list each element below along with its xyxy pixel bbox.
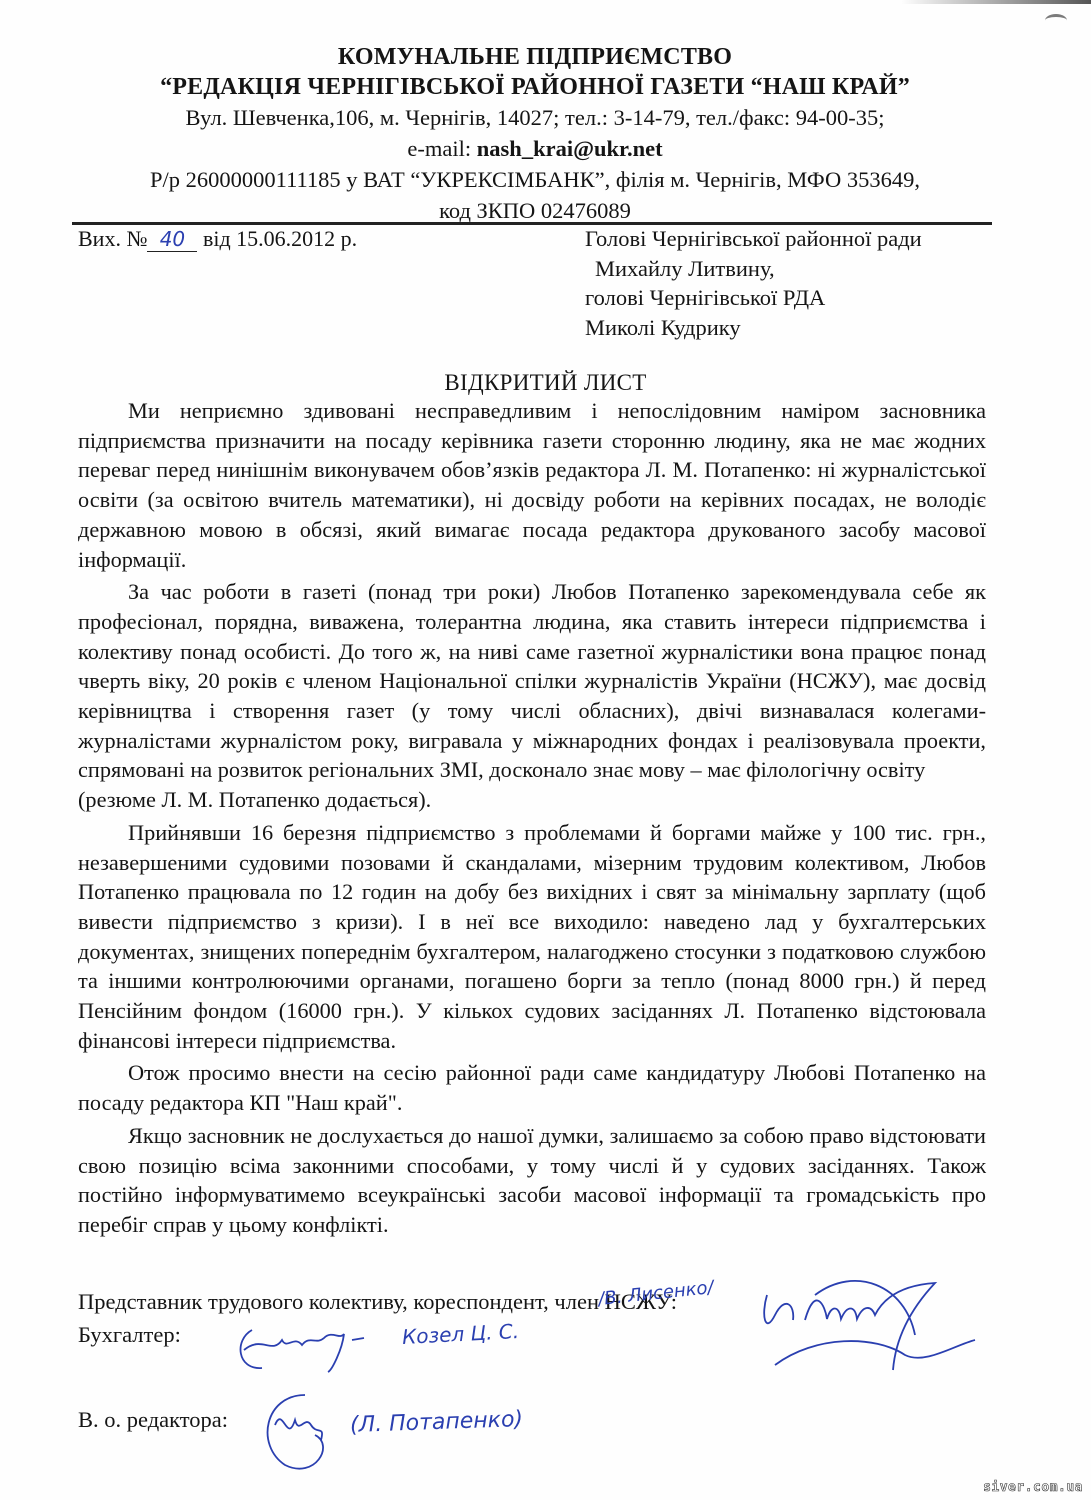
- letterhead: КОМУНАЛЬНЕ ПІДПРИЄМСТВО “РЕДАКЦІЯ ЧЕРНІГ…: [70, 42, 1000, 226]
- letterhead-email-label: e-mail:: [407, 136, 476, 161]
- scanned-letter-page: КОМУНАЛЬНЕ ПІДПРИЄМСТВО “РЕДАКЦІЯ ЧЕРНІГ…: [0, 0, 1091, 1500]
- paragraph: Якщо засновник не дослухається до нашої …: [78, 1121, 986, 1240]
- paragraph: Прийнявши 16 березня підприємство з проб…: [78, 818, 986, 1056]
- site-watermark: siver.com.ua: [983, 1480, 1083, 1495]
- letterhead-bank: Р/р 26000000111185 у ВАТ “УКРЕКСІМБАНК”,…: [70, 164, 1000, 195]
- outgoing-number-handwritten: 40: [147, 227, 197, 252]
- addressee-line: Голові Чернігівської районної ради: [585, 224, 922, 254]
- signature-editor-scribble: [255, 1385, 355, 1480]
- letterhead-org-name: “РЕДАКЦІЯ ЧЕРНІГІВСЬКОЇ РАЙОННОЇ ГАЗЕТИ …: [70, 72, 1000, 102]
- letterhead-email-line: e-mail: nash_krai@ukr.net: [70, 133, 1000, 164]
- signature-accountant-label: Бухгалтер:: [78, 1320, 181, 1350]
- letterhead-org-type: КОМУНАЛЬНЕ ПІДПРИЄМСТВО: [70, 42, 1000, 72]
- paragraph-text: За час роботи в газеті (понад три роки) …: [78, 579, 986, 782]
- outgoing-number: Вих. №40 від 15.06.2012 р.: [78, 224, 357, 254]
- handwritten-name-accountant: Козел Ц. С.: [401, 1319, 519, 1349]
- letterhead-email: nash_krai@ukr.net: [477, 136, 663, 161]
- letter-body: Ми неприємно здивовані несправедливим і …: [78, 396, 986, 1243]
- outgoing-date: від 15.06.2012 р.: [197, 226, 357, 251]
- scan-artifact-mark: [1045, 14, 1067, 27]
- addressee-line: голові Чернігівської РДА: [585, 283, 922, 313]
- scan-edge-shadow: [901, 0, 1091, 4]
- outgoing-prefix: Вих. №: [78, 226, 147, 251]
- paragraph-continuation: (резюме Л. М. Потапенко додається).: [78, 785, 986, 815]
- signature-representative-scribble: [755, 1275, 995, 1385]
- paragraph: Отож просимо внести на сесію районної ра…: [78, 1058, 986, 1117]
- paragraph: За час роботи в газеті (понад три роки) …: [78, 577, 986, 785]
- signature-accountant-scribble: [232, 1310, 402, 1380]
- paragraph: Ми неприємно здивовані несправедливим і …: [78, 396, 986, 574]
- addressee-line: Михайлу Литвину,: [585, 254, 922, 284]
- signature-editor-label: В. о. редактора:: [78, 1405, 228, 1435]
- letterhead-address: Вул. Шевченка,106, м. Чернігів, 14027; т…: [70, 102, 1000, 133]
- addressee-block: Голові Чернігівської районної ради Михай…: [585, 224, 922, 342]
- handwritten-name-editor: (Л. Потапенко): [350, 1407, 524, 1438]
- document-title: ВІДКРИТИЙ ЛИСТ: [0, 368, 1091, 398]
- addressee-line: Миколі Кудрику: [585, 313, 922, 343]
